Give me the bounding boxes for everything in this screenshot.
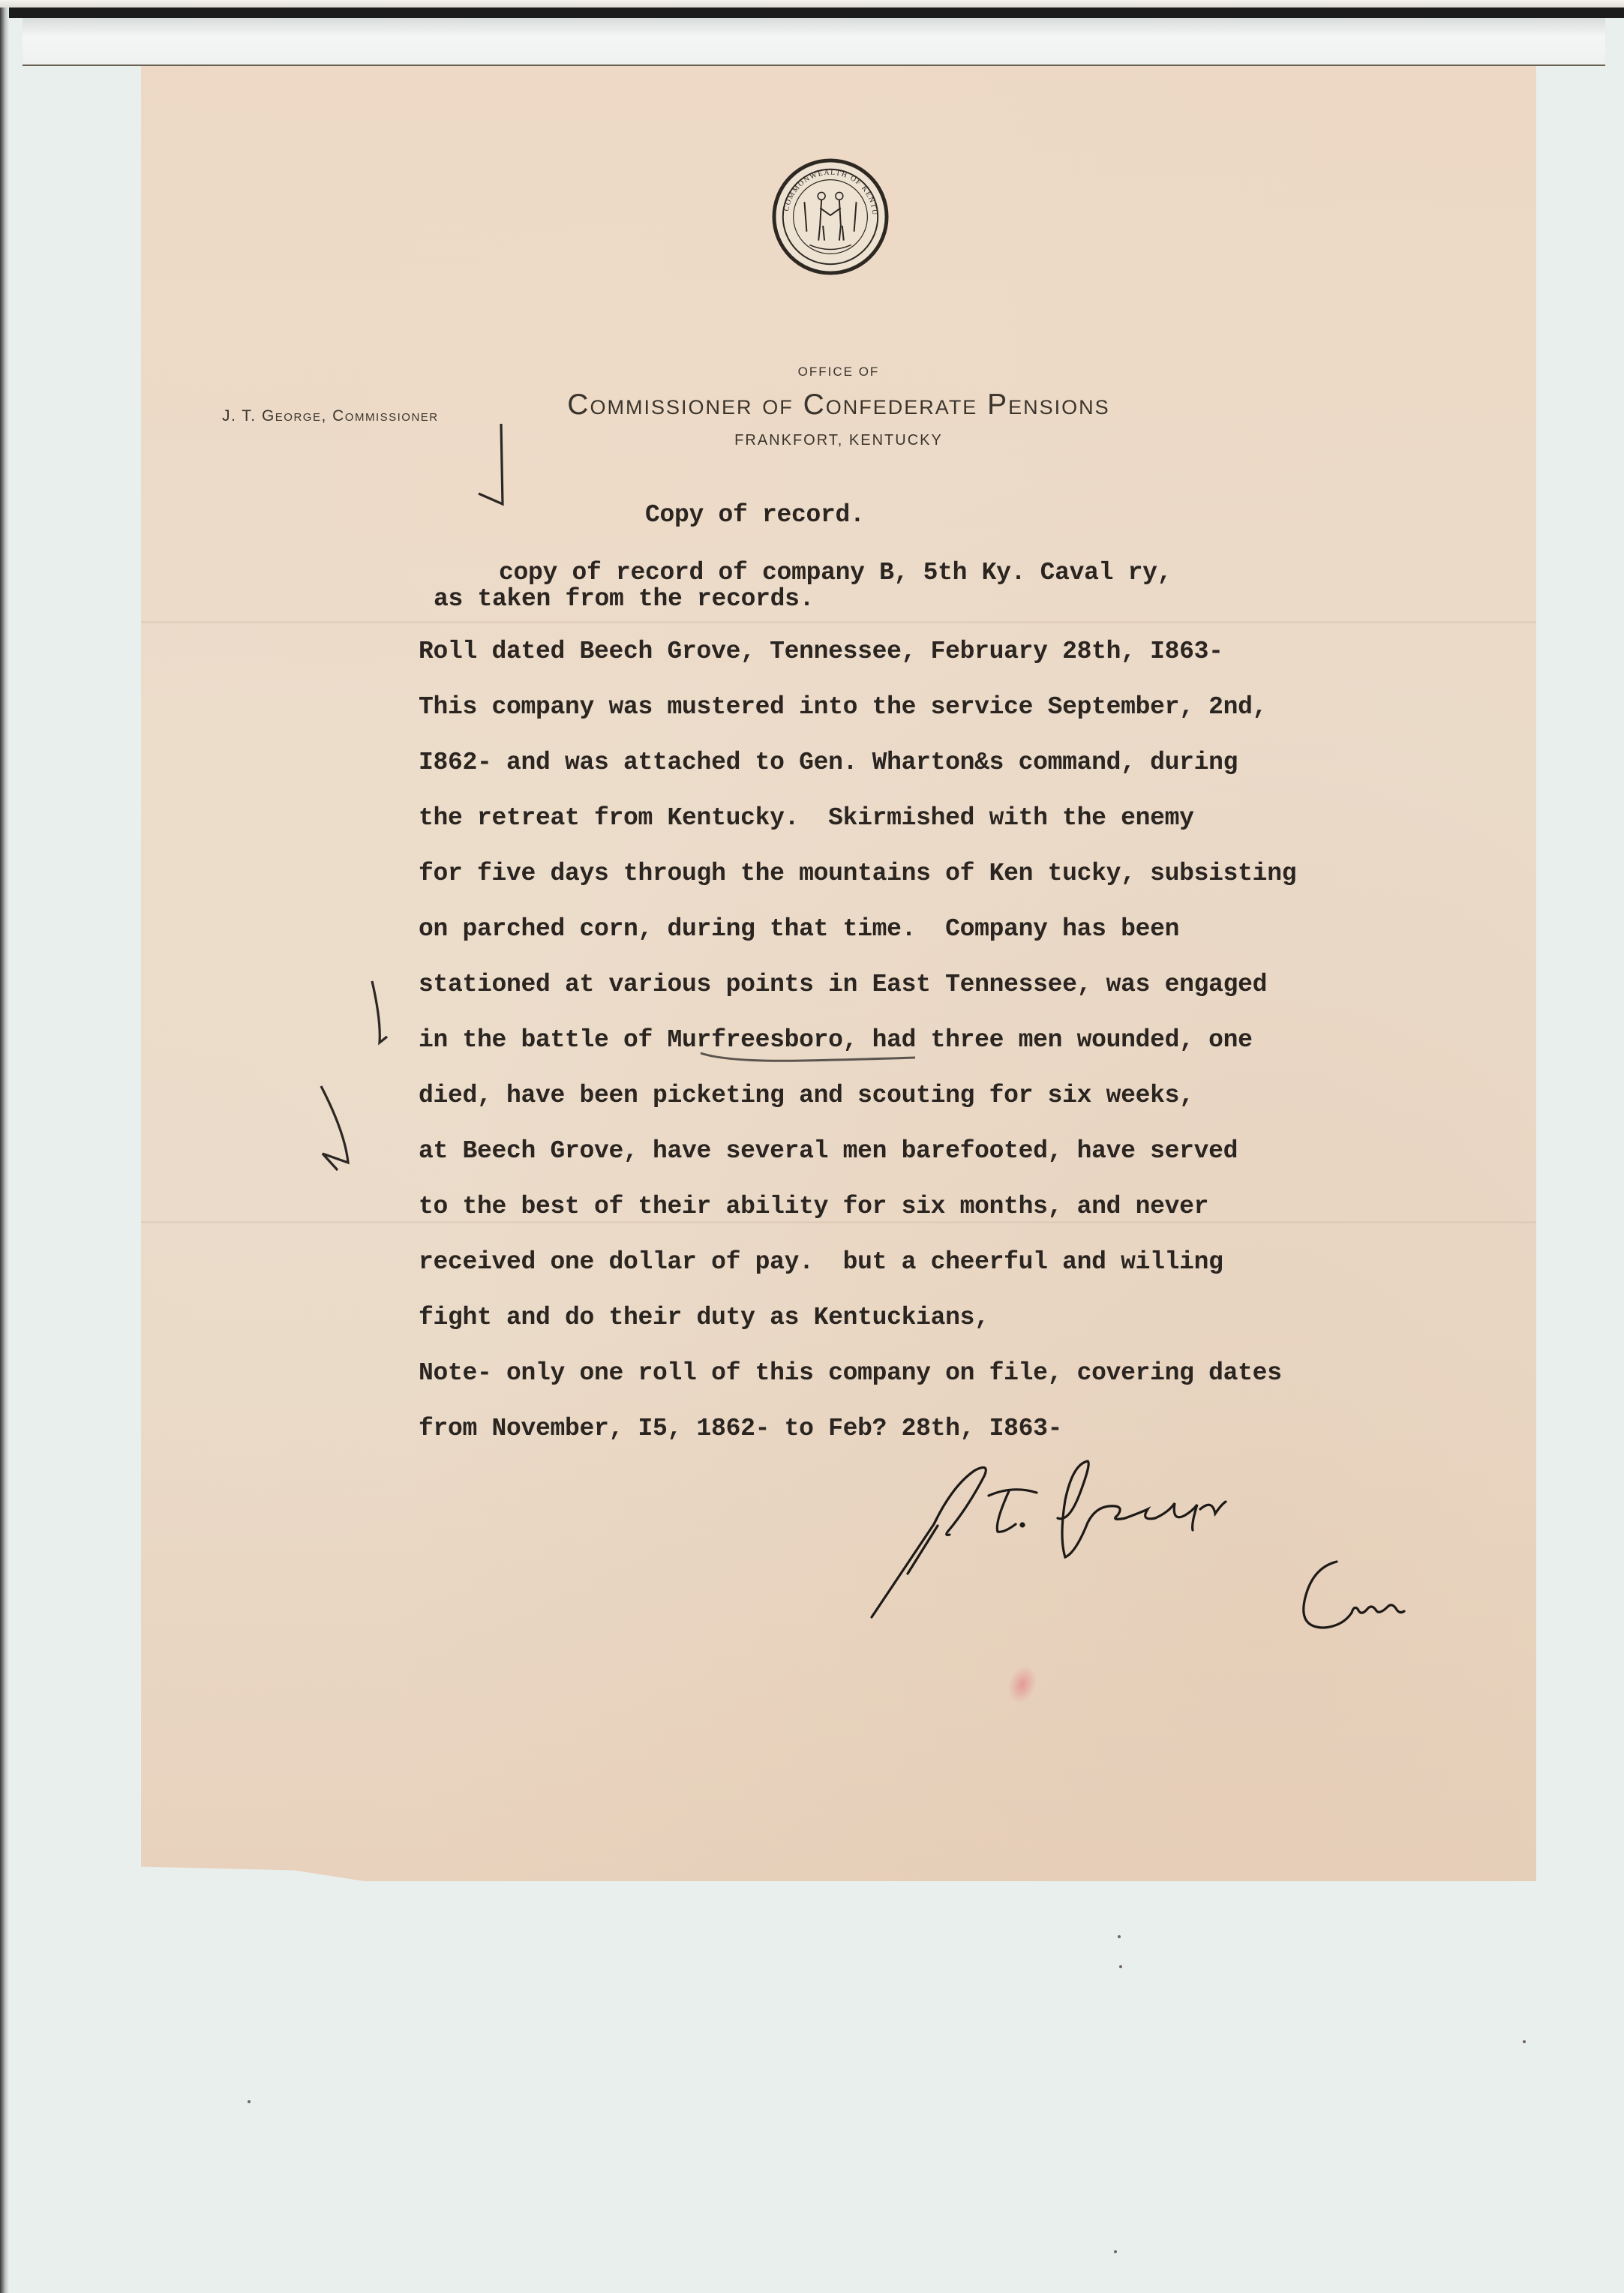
check-mark-icon [473,420,510,510]
document-subheading: as taken from the records. [434,585,814,613]
letterhead-commissioner: J. T. George, Commissioner [222,407,439,425]
fold-crease [141,621,1536,623]
body-line: from November, I5, 1862- to Feb? 28th, I… [419,1415,1062,1442]
handwritten-signature [863,1440,1463,1665]
check-mark-icon [315,1080,368,1178]
letterhead-location: FRANKFORT, KENTUCKY [141,432,1536,449]
body-line: Note- only one roll of this company on f… [419,1359,1282,1387]
body-line: on parched corn, during that time. Compa… [419,915,1179,943]
kentucky-state-seal-icon: COMMONWEALTH OF KENTUCKY [771,158,890,276]
body-line: received one dollar of pay. but a cheerf… [419,1248,1223,1276]
body-line: to the best of their ability for six mon… [419,1193,1208,1220]
body-line: for five days through the mountains of K… [419,860,1296,887]
dust-speck [1118,1935,1121,1938]
letterhead-office-of: OFFICE OF [141,365,1536,380]
body-line: This company was mustered into the servi… [419,693,1267,721]
body-line: stationed at various points in East Tenn… [419,971,1267,998]
scanner-frame-left [0,8,9,2293]
dust-speck [248,2100,251,2103]
body-line: died, have been picketing and scouting f… [419,1082,1194,1109]
dust-speck [1523,2040,1526,2043]
body-line: fight and do their duty as Kentuckians, [419,1304,989,1331]
body-line: I862- and was attached to Gen. Wharton&s… [419,749,1238,776]
mounting-strip [23,18,1605,66]
body-line: the retreat from Kentucky. Skirmished wi… [419,804,1194,832]
document-subheading: copy of record of company B, 5th Ky. Cav… [499,559,1172,587]
dust-speck [1114,2250,1117,2253]
body-line: Roll dated Beech Grove, Tennessee, Febru… [419,638,1223,665]
check-mark-icon [360,975,398,1058]
pencil-underline-mark [698,1044,923,1067]
fold-crease [141,1221,1536,1223]
scanner-frame-top [8,8,1624,18]
document-heading: Copy of record. [645,501,865,529]
body-line: at Beech Grove, have several men barefoo… [419,1137,1238,1165]
dust-speck [1119,1965,1122,1968]
